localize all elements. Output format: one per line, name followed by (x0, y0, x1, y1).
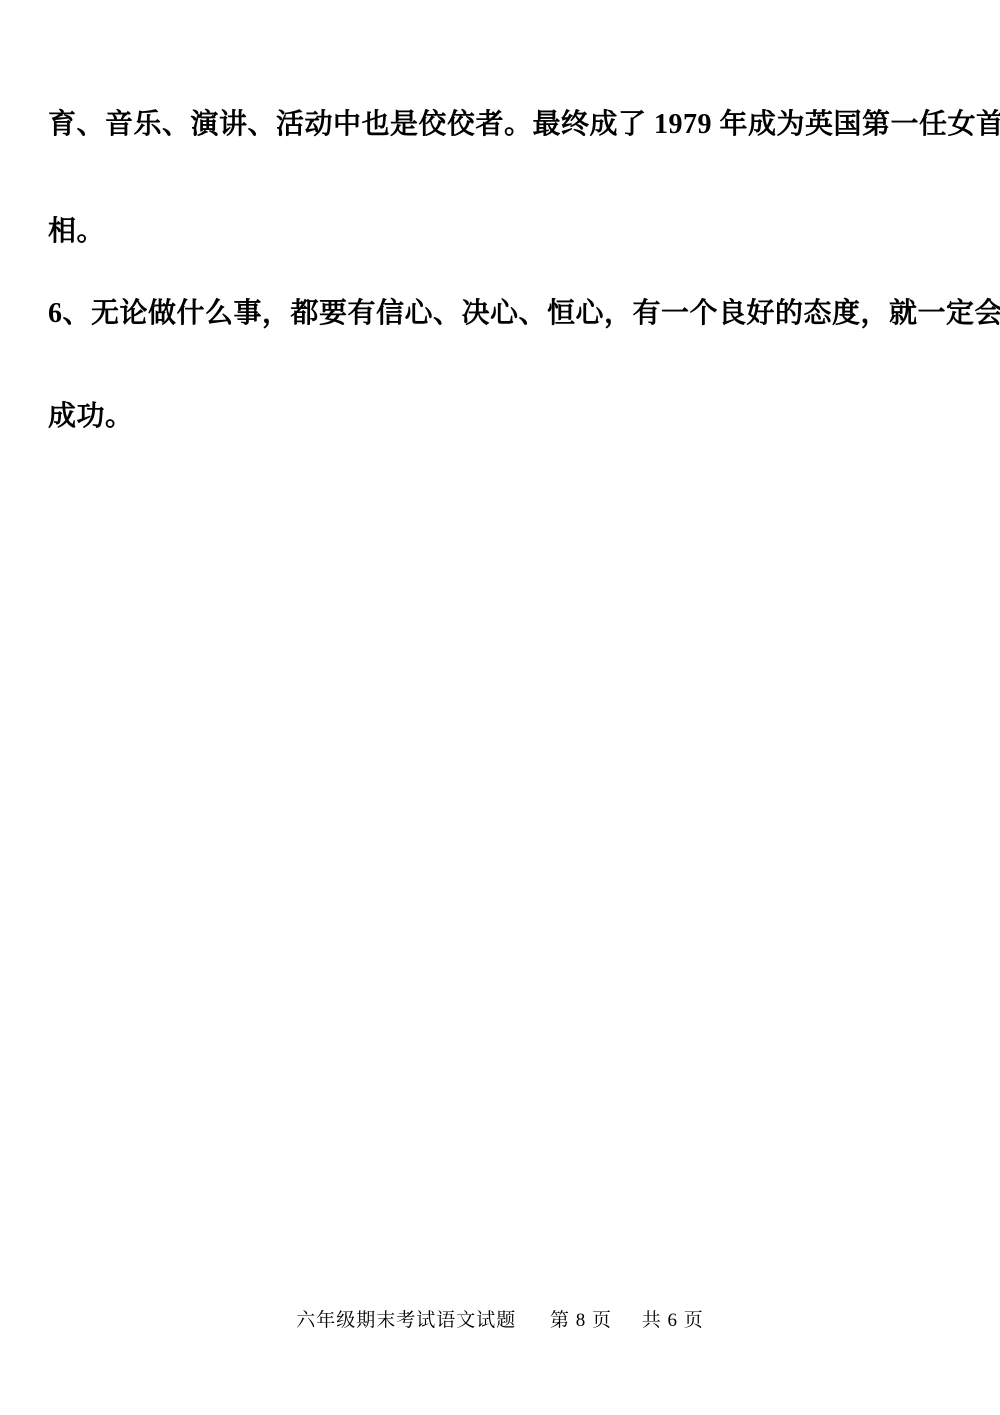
footer-total-pages: 共 6 页 (642, 1305, 704, 1332)
body-text-line: 6、无论做什么事，都要有信心、决心、恒心，有一个良好的态度，就一定会 (48, 297, 960, 331)
footer-page-number: 第 8 页 (550, 1305, 612, 1332)
body-text-line: 成功。 (48, 400, 960, 434)
body-text-line: 育、音乐、演讲、活动中也是佼佼者。最终成了 1979 年成为英国第一任女首 (48, 108, 960, 142)
footer-doc-title: 六年级期末考试语文试题 (296, 1305, 516, 1332)
document-page: 育、音乐、演讲、活动中也是佼佼者。最终成了 1979 年成为英国第一任女首 相。… (0, 0, 1000, 1415)
body-text-line: 相。 (48, 215, 960, 249)
page-footer: 六年级期末考试语文试题 第 8 页 共 6 页 (0, 1305, 1000, 1332)
